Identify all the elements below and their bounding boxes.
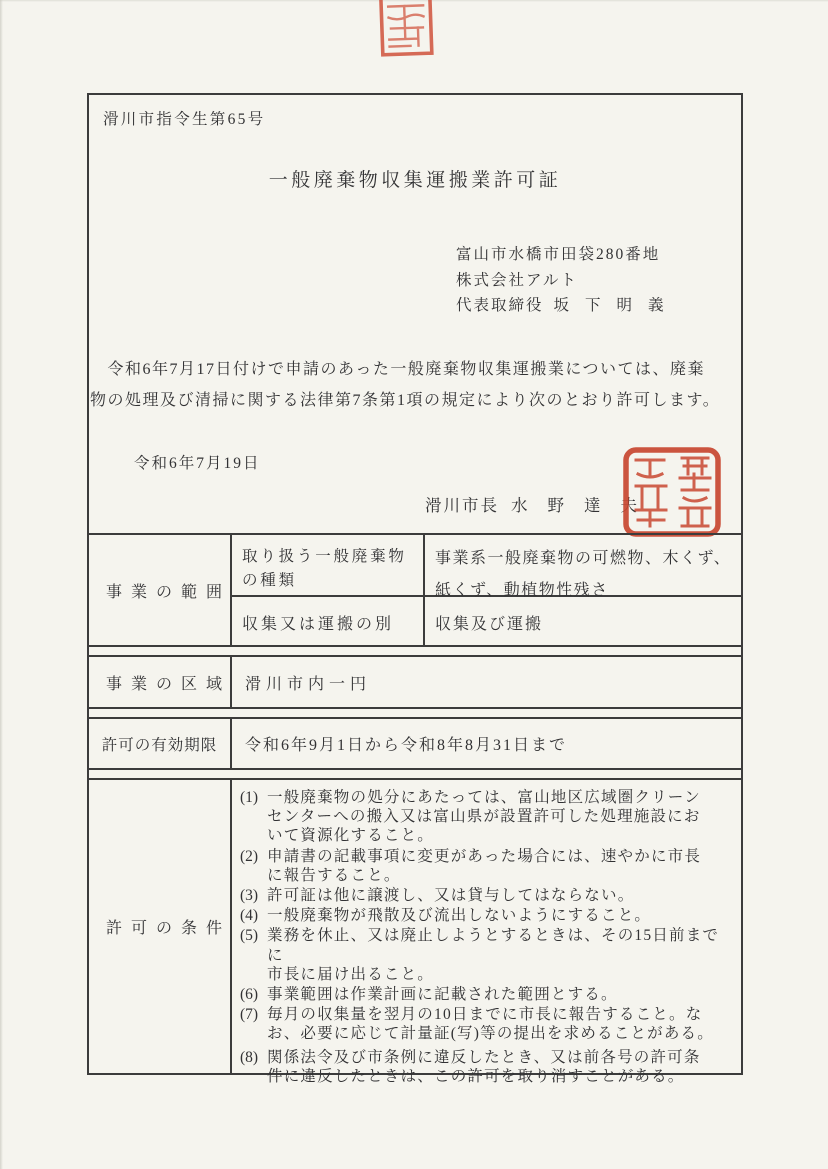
condition-text: 申請書の記載事項に変更があった場合には、速やかに市長 に報告すること。 [267,847,734,885]
condition-number: (8) [240,1048,267,1086]
validity-value: 令和6年9月1日から令和8年8月31日まで [245,719,567,768]
scope-divider-2 [423,535,425,645]
recipient-address: 富山市水橋市田袋280番地 [456,242,680,268]
condition-item: (7)毎月の収集量を翌月の10日までに市長に報告すること。な お、必要に応じて計… [240,1005,734,1043]
condition-item: (1)一般廃棄物の処分にあたっては、富山地区広域圏クリーン センターへの搬入又は… [240,788,734,846]
recipient-representative: 代表取締役坂下明義 [456,293,680,319]
condition-item: (5)業務を休止、又は廃止しようとするときは、その15日前までに 市長に届け出る… [240,926,734,984]
condition-text: 事業範囲は作業計画に記載された範囲とする。 [267,985,734,1004]
doc-title: 一般廃棄物収集運搬業許可証 [87,165,743,192]
body-paragraph: 令和6年7月17日付けで申請のあった一般廃棄物収集運搬業については、廃棄 物の処… [90,354,742,416]
top-stamp-icon [373,0,439,63]
condition-number: (1) [240,788,267,846]
scan-edge-shadow [0,0,3,1169]
condition-number: (5) [240,926,267,984]
validity-label: 許可の有効期限 [89,719,230,768]
conditions-label: 許可の条件 [89,780,239,1073]
mayor-seal-icon [622,446,722,538]
condition-text: 関係法令及び市条例に違反したとき、又は前各号の許可条 件に違反したときは、この許… [267,1048,734,1086]
condition-number: (2) [240,847,267,885]
condition-item: (6)事業範囲は作業計画に記載された範囲とする。 [240,985,734,1004]
area-row: 事業の区域 滑川市内一円 [87,655,743,709]
condition-item: (8)関係法令及び市条例に違反したとき、又は前各号の許可条 件に違反したときは、… [240,1048,734,1086]
scope-divider-1 [230,535,232,645]
conditions-divider [230,780,232,1073]
condition-item: (2)申請書の記載事項に変更があった場合には、速やかに市長 に報告すること。 [240,847,734,885]
validity-row: 許可の有効期限 令和6年9月1日から令和8年8月31日まで [87,717,743,770]
area-value: 滑川市内一円 [245,657,371,707]
conditions-list: (1)一般廃棄物の処分にあたっては、富山地区広域圏クリーン センターへの搬入又は… [240,788,734,1087]
document-page: 滑川市指令生第65号 一般廃棄物収集運搬業許可証 富山市水橋市田袋280番地 株… [0,0,828,1169]
scope-section: 事業の範囲 取り扱う一般廃棄物 の種類 事業系一般廃棄物の可燃物、木くず、 紙く… [87,533,743,647]
collection-mode-value: 収集及び運搬 [435,611,543,634]
collection-mode-label: 収集又は運搬の別 [242,611,394,634]
recipient-company: 株式会社アルト [456,268,680,294]
condition-number: (4) [240,906,267,925]
condition-text: 毎月の収集量を翌月の10日までに市長に報告すること。な お、必要に応じて計量証(… [267,1005,734,1043]
condition-item: (4)一般廃棄物が飛散及び流出しないようにすること。 [240,906,734,925]
area-divider [230,657,232,707]
waste-type-label: 取り扱う一般廃棄物 の種類 [242,545,418,593]
condition-text: 業務を休止、又は廃止しようとするときは、その15日前までに 市長に届け出ること。 [267,926,734,984]
condition-number: (3) [240,886,267,905]
issue-date: 令和6年7月19日 [134,451,261,473]
scope-label: 事業の範囲 [89,535,239,645]
representative-name: 坂下明義 [554,297,680,314]
conditions-row: 許可の条件 (1)一般廃棄物の処分にあたっては、富山地区広域圏クリーン センター… [87,778,743,1075]
condition-number: (7) [240,1005,267,1043]
condition-text: 一般廃棄物が飛散及び流出しないようにすること。 [267,906,734,925]
doc-number: 滑川市指令生第65号 [103,107,266,129]
condition-number: (6) [240,985,267,1004]
waste-type-value: 事業系一般廃棄物の可燃物、木くず、 紙くず、動植物性残さ [435,543,741,607]
condition-text: 許可証は他に譲渡し、又は貸与してはならない。 [267,886,734,905]
recipient-block: 富山市水橋市田袋280番地 株式会社アルト 代表取締役坂下明義 [456,242,680,319]
condition-item: (3)許可証は他に譲渡し、又は貸与してはならない。 [240,886,734,905]
representative-title: 代表取締役 [456,297,544,314]
area-label: 事業の区域 [89,657,239,707]
validity-divider [230,719,232,768]
condition-text: 一般廃棄物の処分にあたっては、富山地区広域圏クリーン センターへの搬入又は富山県… [267,788,734,846]
issuer-title: 滑川市長 [425,496,499,515]
